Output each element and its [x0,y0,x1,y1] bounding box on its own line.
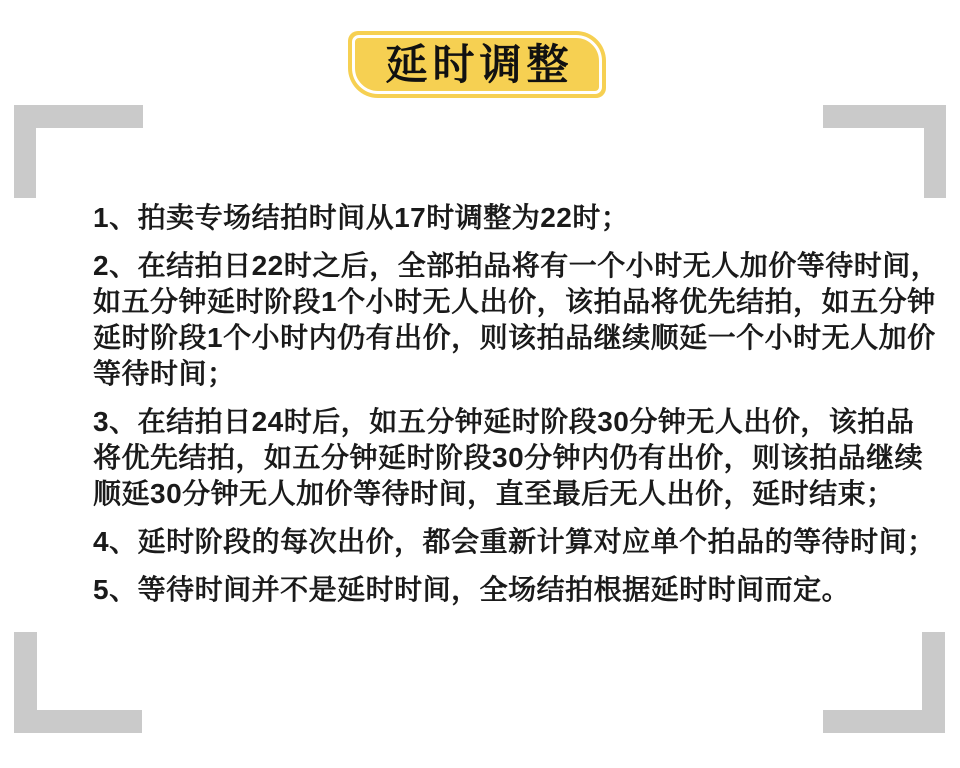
notice-item-3: 3、在结拍日24时后，如五分钟延时阶段30分钟无人出价，该拍品 将优先结拍，如五… [93,404,915,512]
notice-line: 顺延30分钟无人加价等待时间，直至最后无人出价，延时结束； [93,476,915,512]
page-title: 延时调整 [380,44,573,86]
notice-item-1: 1、拍卖专场结拍时间从17时调整为22时； [93,200,915,236]
notice-item-2: 2、在结拍日22时之后，全部拍品将有一个小时无人加价等待时间， 如五分钟延时阶段… [93,248,915,392]
notice-line: 2、在结拍日22时之后，全部拍品将有一个小时无人加价等待时间， [93,248,915,284]
notice-content: 1、拍卖专场结拍时间从17时调整为22时； 2、在结拍日22时之后，全部拍品将有… [93,200,915,620]
corner-bracket-top-left [14,105,143,198]
corner-bracket-bottom-left [14,632,142,733]
notice-item-4: 4、延时阶段的每次出价，都会重新计算对应单个拍品的等待时间； [93,524,915,560]
notice-line: 4、延时阶段的每次出价，都会重新计算对应单个拍品的等待时间； [93,524,915,560]
notice-line: 1、拍卖专场结拍时间从17时调整为22时； [93,200,915,236]
corner-bracket-top-right [823,105,946,198]
notice-line: 5、等待时间并不是延时时间，全场结拍根据延时时间而定。 [93,572,915,608]
notice-line: 如五分钟延时阶段1个小时无人出价，该拍品将优先结拍，如五分钟 [93,284,915,320]
notice-line: 等待时间； [93,356,915,392]
title-badge: 延时调整 [348,31,606,98]
notice-page: { "colors": { "badge_yellow": "#F6D052",… [0,0,960,768]
notice-line: 将优先结拍，如五分钟延时阶段30分钟内仍有出价，则该拍品继续 [93,440,915,476]
notice-line: 延时阶段1个小时内仍有出价，则该拍品继续顺延一个小时无人加价 [93,320,915,356]
corner-bracket-bottom-right [823,632,945,733]
notice-line: 3、在结拍日24时后，如五分钟延时阶段30分钟无人出价，该拍品 [93,404,915,440]
notice-item-5: 5、等待时间并不是延时时间，全场结拍根据延时时间而定。 [93,572,915,608]
